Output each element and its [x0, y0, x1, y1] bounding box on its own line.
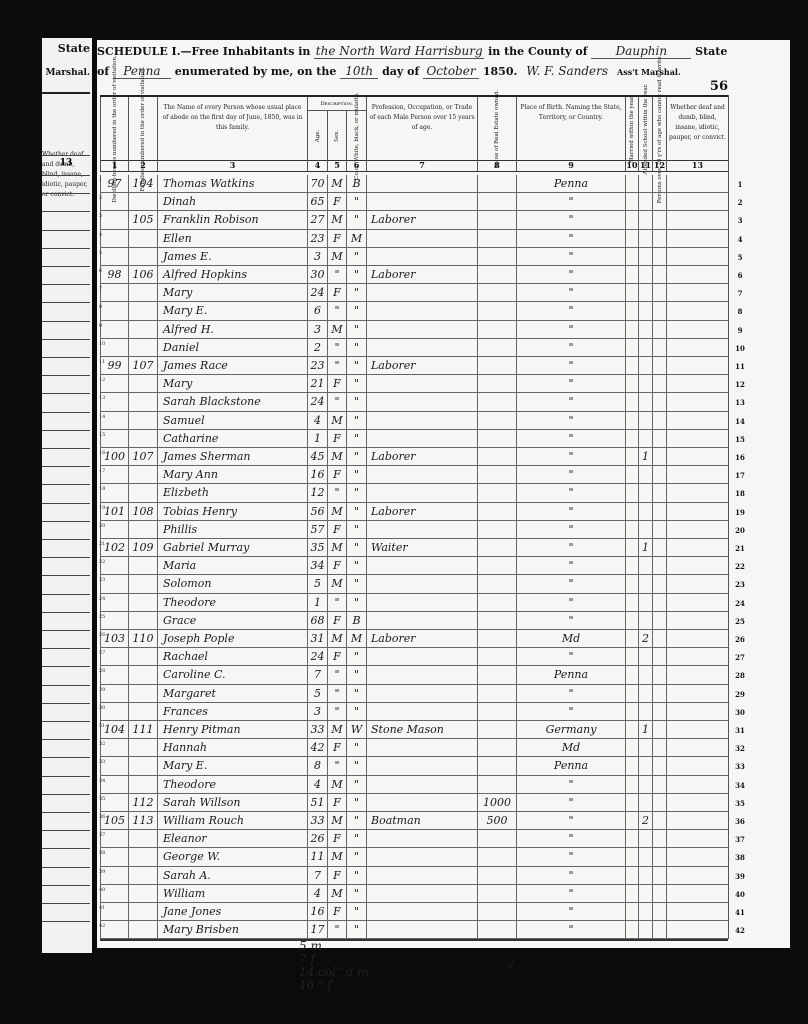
cell-condition — [668, 466, 727, 483]
cell-family — [130, 776, 156, 793]
cell-school: 2 — [640, 812, 651, 829]
cell-married — [627, 430, 637, 447]
cell-birthplace: Germany — [518, 721, 624, 738]
line-number: 19 — [731, 508, 749, 517]
line-number-left: 29 — [99, 687, 105, 693]
cell-school — [640, 757, 651, 774]
cell-dwelling: 105 — [102, 812, 127, 829]
cell-illiterate — [654, 539, 665, 556]
line-number-left: 24 — [99, 596, 105, 602]
cell-married — [627, 357, 637, 374]
table-row: Theodore1"""2424 — [100, 594, 728, 612]
column-header-2: Families numbered in the order of visita… — [128, 97, 157, 160]
left-marshal-label: Marshal. — [45, 68, 90, 78]
cell-color: " — [348, 466, 365, 483]
cell-sex: M — [329, 175, 345, 192]
cell-school — [640, 175, 651, 192]
cell-family — [130, 284, 156, 301]
cell-real-estate — [479, 230, 515, 247]
table-row: Mary Brisben17"""4242 — [100, 921, 728, 939]
table-row: 99107James Race23""Laborer"1111 — [100, 357, 728, 375]
cell-occupation — [368, 175, 479, 192]
cell-married — [627, 175, 637, 192]
cell-sex: M — [329, 776, 345, 793]
line-number-left: 26 — [99, 632, 105, 638]
cell-age: 7 — [309, 867, 326, 884]
cell-sex: M — [329, 448, 345, 465]
line-number: 37 — [731, 835, 749, 844]
cell-illiterate — [654, 812, 665, 829]
cell-illiterate — [654, 557, 665, 574]
cell-age: 2 — [309, 339, 326, 356]
cell-condition — [668, 739, 727, 756]
cell-school: 1 — [640, 539, 651, 556]
cell-sex: " — [329, 393, 345, 410]
cell-birthplace: " — [518, 321, 624, 338]
cell-illiterate — [654, 266, 665, 283]
cell-name: Daniel — [159, 339, 310, 356]
line-number: 21 — [731, 544, 749, 553]
cell-dwelling — [102, 521, 127, 538]
line-number: 15 — [731, 435, 749, 444]
cell-illiterate — [654, 230, 665, 247]
cell-real-estate — [479, 867, 515, 884]
cell-occupation — [368, 885, 479, 902]
table-row: Jane Jones16F""4141 — [100, 903, 728, 921]
column-header-text: Families numbered in the order of visita… — [140, 66, 146, 191]
cell-sex: M — [329, 412, 345, 429]
cell-real-estate — [479, 430, 515, 447]
cell-age: 16 — [309, 466, 326, 483]
cell-family — [130, 703, 156, 720]
cell-color: " — [348, 284, 365, 301]
column-header-text: The Name of every Person whose usual pla… — [160, 103, 305, 133]
cell-real-estate — [479, 830, 515, 847]
cell-school — [640, 321, 651, 338]
cell-dwelling — [102, 685, 127, 702]
cell-age: 8 — [309, 757, 326, 774]
cell-name: Mary Ann — [159, 466, 310, 483]
table-row: Dinah65F""22 — [100, 193, 728, 211]
cell-sex: F — [329, 230, 345, 247]
cell-age: 23 — [309, 357, 326, 374]
page-number: 56 — [710, 79, 728, 94]
line-number-left: 8 — [99, 304, 102, 310]
line-number-left: 3 — [99, 213, 102, 219]
cell-family — [130, 193, 156, 210]
cell-name: Catharine — [159, 430, 310, 447]
cell-occupation: Laborer — [368, 211, 479, 228]
column-header-1: Dwelling-houses numbered in the order of… — [100, 97, 128, 160]
cell-school — [640, 211, 651, 228]
of-label: of — [97, 65, 109, 78]
cell-married — [627, 648, 637, 665]
description-group-header: Description. — [307, 97, 366, 111]
cell-school — [640, 430, 651, 447]
cell-birthplace: " — [518, 539, 624, 556]
cell-sex: F — [329, 466, 345, 483]
cell-occupation — [368, 921, 479, 938]
cell-sex: F — [329, 193, 345, 210]
cell-school — [640, 357, 651, 374]
cell-name: Mary — [159, 375, 310, 392]
cell-occupation: Laborer — [368, 357, 479, 374]
cell-birthplace: " — [518, 903, 624, 920]
line-number: 9 — [731, 326, 749, 335]
cell-real-estate — [479, 357, 515, 374]
cell-dwelling — [102, 393, 127, 410]
cell-married — [627, 466, 637, 483]
line-number-left: 22 — [99, 559, 105, 565]
cell-dwelling — [102, 466, 127, 483]
cell-condition — [668, 393, 727, 410]
table-row: Elizbeth12"""1818 — [100, 484, 728, 502]
cell-color: " — [348, 812, 365, 829]
cell-condition — [668, 794, 727, 811]
cell-birthplace: " — [518, 484, 624, 501]
line-number-left: 15 — [99, 432, 105, 438]
cell-birthplace: Penna — [518, 175, 624, 192]
cell-occupation — [368, 521, 479, 538]
cell-sex: M — [329, 630, 345, 647]
cell-birthplace: " — [518, 466, 624, 483]
column-number: 5 — [327, 158, 346, 172]
cell-condition — [668, 448, 727, 465]
cell-family — [130, 903, 156, 920]
cell-sex: F — [329, 375, 345, 392]
cell-family — [130, 557, 156, 574]
cell-name: Caroline C. — [159, 666, 310, 683]
cell-married — [627, 630, 637, 647]
cell-sex: " — [329, 703, 345, 720]
cell-condition — [668, 848, 727, 865]
cell-birthplace: " — [518, 794, 624, 811]
cell-dwelling: 99 — [102, 357, 127, 374]
cell-age: 51 — [309, 794, 326, 811]
cell-color: " — [348, 921, 365, 938]
cell-dwelling — [102, 794, 127, 811]
cell-age: 24 — [309, 648, 326, 665]
line-number-left: 6 — [99, 268, 102, 274]
cell-family — [130, 302, 156, 319]
line-number-left: 20 — [99, 523, 105, 529]
cell-married — [627, 339, 637, 356]
line-number: 39 — [731, 872, 749, 881]
cell-school — [640, 557, 651, 574]
cell-occupation — [368, 794, 479, 811]
table-row: Sarah A.7F""3939 — [100, 867, 728, 885]
line-number-left: 39 — [99, 869, 105, 875]
cell-school — [640, 339, 651, 356]
month-field: October — [423, 64, 479, 79]
table-row: Sarah Blackstone24"""1313 — [100, 393, 728, 411]
cell-condition — [668, 248, 727, 265]
cell-name: Gabriel Murray — [159, 539, 310, 556]
cell-age: 27 — [309, 211, 326, 228]
cell-birthplace: " — [518, 685, 624, 702]
cell-color: " — [348, 703, 365, 720]
cell-occupation — [368, 612, 479, 629]
cell-family — [130, 375, 156, 392]
cell-married — [627, 794, 637, 811]
cell-color: " — [348, 648, 365, 665]
cell-real-estate — [479, 739, 515, 756]
cell-married — [627, 375, 637, 392]
cell-name: William Rouch — [159, 812, 310, 829]
cell-family — [130, 921, 156, 938]
cell-illiterate — [654, 375, 665, 392]
cell-family — [130, 757, 156, 774]
column-header-text: Married within the year. — [629, 95, 635, 163]
cell-name: Dinah — [159, 193, 310, 210]
column-header-7: Profession, Occupation, or Trade of each… — [366, 97, 477, 160]
cell-occupation — [368, 867, 479, 884]
line-number: 25 — [731, 617, 749, 626]
cell-school — [640, 739, 651, 756]
line-number: 1 — [731, 180, 749, 189]
cell-color: " — [348, 412, 365, 429]
cell-color: B — [348, 175, 365, 192]
cell-family: 112 — [130, 794, 156, 811]
cell-name: James E. — [159, 248, 310, 265]
cell-condition — [668, 193, 727, 210]
cell-condition — [668, 266, 727, 283]
cell-illiterate — [654, 393, 665, 410]
line-number: 2 — [731, 198, 749, 207]
cell-family: 111 — [130, 721, 156, 738]
cell-color: " — [348, 685, 365, 702]
cell-birthplace: " — [518, 575, 624, 592]
cell-condition — [668, 721, 727, 738]
cell-family: 109 — [130, 539, 156, 556]
cell-illiterate — [654, 503, 665, 520]
cell-condition — [668, 539, 727, 556]
cell-real-estate — [479, 557, 515, 574]
line-number: 3 — [731, 216, 749, 225]
cell-condition — [668, 648, 727, 665]
cell-occupation — [368, 848, 479, 865]
cell-dwelling: 98 — [102, 266, 127, 283]
cell-family — [130, 521, 156, 538]
table-row: Theodore4M""3434 — [100, 776, 728, 794]
cell-family — [130, 594, 156, 611]
cell-occupation — [368, 575, 479, 592]
cell-school — [640, 284, 651, 301]
cell-condition — [668, 430, 727, 447]
cell-illiterate — [654, 848, 665, 865]
line-number-left: 37 — [99, 832, 105, 838]
cell-color: " — [348, 375, 365, 392]
cell-name: James Race — [159, 357, 310, 374]
cell-married — [627, 739, 637, 756]
census-page: SCHEDULE I.—Free Inhabitants in the Nort… — [97, 40, 790, 948]
cell-birthplace: " — [518, 284, 624, 301]
cell-sex: M — [329, 575, 345, 592]
cell-real-estate — [479, 484, 515, 501]
cell-dwelling: 100 — [102, 448, 127, 465]
cell-married — [627, 248, 637, 265]
line-number-left: 14 — [99, 414, 105, 420]
cell-real-estate: 1000 — [479, 794, 515, 811]
cell-birthplace: " — [518, 193, 624, 210]
cell-color: " — [348, 666, 365, 683]
cell-sex: M — [329, 721, 345, 738]
cell-birthplace: Penna — [518, 666, 624, 683]
cell-married — [627, 867, 637, 884]
cell-school — [640, 867, 651, 884]
cell-family: 110 — [130, 630, 156, 647]
cell-condition — [668, 867, 727, 884]
line-number: 28 — [731, 671, 749, 680]
table-row: 112Sarah Willson51F"1000"3535 — [100, 794, 728, 812]
cell-sex: F — [329, 284, 345, 301]
cell-married — [627, 594, 637, 611]
cell-sex: M — [329, 812, 345, 829]
line-number: 11 — [731, 362, 749, 371]
line-number-left: 34 — [99, 778, 105, 784]
cell-dwelling: 101 — [102, 503, 127, 520]
day-field: 10th — [340, 64, 378, 79]
cell-family: 106 — [130, 266, 156, 283]
cell-condition — [668, 230, 727, 247]
cell-color: " — [348, 321, 365, 338]
cell-name: Mary E. — [159, 302, 310, 319]
cell-school — [640, 685, 651, 702]
line-number: 38 — [731, 853, 749, 862]
column-header-text: Age. — [315, 129, 321, 142]
line-number-left: 31 — [99, 723, 105, 729]
cell-condition — [668, 412, 727, 429]
cell-sex: " — [329, 594, 345, 611]
line-number-left: 32 — [99, 741, 105, 747]
line-number: 27 — [731, 653, 749, 662]
cell-illiterate — [654, 666, 665, 683]
cell-birthplace: " — [518, 357, 624, 374]
cell-dwelling — [102, 594, 127, 611]
cell-condition — [668, 830, 727, 847]
line-number-left: 30 — [99, 705, 105, 711]
cell-family — [130, 484, 156, 501]
cell-dwelling — [102, 484, 127, 501]
cell-married — [627, 812, 637, 829]
cell-color: M — [348, 630, 365, 647]
column-number: 3 — [157, 158, 307, 172]
cell-occupation: Laborer — [368, 448, 479, 465]
cell-color: " — [348, 757, 365, 774]
cell-name: Sarah Blackstone — [159, 393, 310, 410]
day-of-label: day of — [382, 65, 419, 78]
title-line-2: of Penna enumerated by me, on the 10th d… — [97, 64, 681, 79]
cell-condition — [668, 321, 727, 338]
cell-family — [130, 339, 156, 356]
state-label: State — [695, 45, 727, 58]
cell-real-estate — [479, 757, 515, 774]
line-number-left: 1 — [99, 177, 102, 183]
cell-illiterate — [654, 175, 665, 192]
cell-real-estate — [479, 685, 515, 702]
column-header-6: Color. White, black, or mulatto. — [346, 111, 366, 160]
cell-sex: F — [329, 521, 345, 538]
cell-illiterate — [654, 885, 665, 902]
cell-color: " — [348, 539, 365, 556]
cell-school: 1 — [640, 448, 651, 465]
cell-name: Mary — [159, 284, 310, 301]
cell-illiterate — [654, 594, 665, 611]
cell-birthplace: " — [518, 776, 624, 793]
line-number: 8 — [731, 307, 749, 316]
table-row: William4M""4040 — [100, 885, 728, 903]
line-number: 33 — [731, 762, 749, 771]
cell-birthplace: " — [518, 430, 624, 447]
cell-married — [627, 666, 637, 683]
cell-dwelling — [102, 375, 127, 392]
cell-sex: F — [329, 867, 345, 884]
table-row: Rachael24F""2727 — [100, 648, 728, 666]
column-header-text: Place of Birth. Naming the State, Territ… — [519, 103, 623, 123]
cell-condition — [668, 284, 727, 301]
cell-age: 12 — [309, 484, 326, 501]
cell-color: " — [348, 557, 365, 574]
cell-age: 26 — [309, 830, 326, 847]
cell-color: W — [348, 721, 365, 738]
cell-condition — [668, 885, 727, 902]
cell-married — [627, 703, 637, 720]
cell-family — [130, 321, 156, 338]
cell-married — [627, 284, 637, 301]
line-number-left: 16 — [99, 450, 105, 456]
line-number: 13 — [731, 398, 749, 407]
column-number: 13 — [666, 158, 728, 172]
cell-dwelling: 102 — [102, 539, 127, 556]
cell-condition — [668, 557, 727, 574]
table-row: Caroline C.7""Penna2828 — [100, 666, 728, 684]
cell-school — [640, 648, 651, 665]
cell-name: Jane Jones — [159, 903, 310, 920]
line-number: 6 — [731, 271, 749, 280]
line-number: 41 — [731, 908, 749, 917]
cell-name: Theodore — [159, 594, 310, 611]
line-number: 5 — [731, 253, 749, 262]
line-number-left: 10 — [99, 341, 105, 347]
cell-color: " — [348, 448, 365, 465]
cell-condition — [668, 357, 727, 374]
cell-age: 34 — [309, 557, 326, 574]
cell-color: " — [348, 357, 365, 374]
cell-illiterate — [654, 412, 665, 429]
cell-sex: M — [329, 539, 345, 556]
cell-married — [627, 393, 637, 410]
cell-dwelling — [102, 248, 127, 265]
cell-dwelling: 104 — [102, 721, 127, 738]
cell-name: Grace — [159, 612, 310, 629]
cell-occupation — [368, 557, 479, 574]
cell-name: Ellen — [159, 230, 310, 247]
cell-name: Tobias Henry — [159, 503, 310, 520]
cell-occupation: Laborer — [368, 630, 479, 647]
column-number: 8 — [477, 158, 516, 172]
left-col13-number: 13 — [42, 158, 90, 168]
cell-illiterate — [654, 757, 665, 774]
cell-school — [640, 885, 651, 902]
cell-name: Alfred Hopkins — [159, 266, 310, 283]
cell-age: 56 — [309, 503, 326, 520]
cell-occupation — [368, 321, 479, 338]
check-mark: √ — [507, 958, 515, 972]
cell-illiterate — [654, 302, 665, 319]
column-number: 6 — [346, 158, 366, 172]
cell-dwelling — [102, 321, 127, 338]
cell-real-estate — [479, 630, 515, 647]
